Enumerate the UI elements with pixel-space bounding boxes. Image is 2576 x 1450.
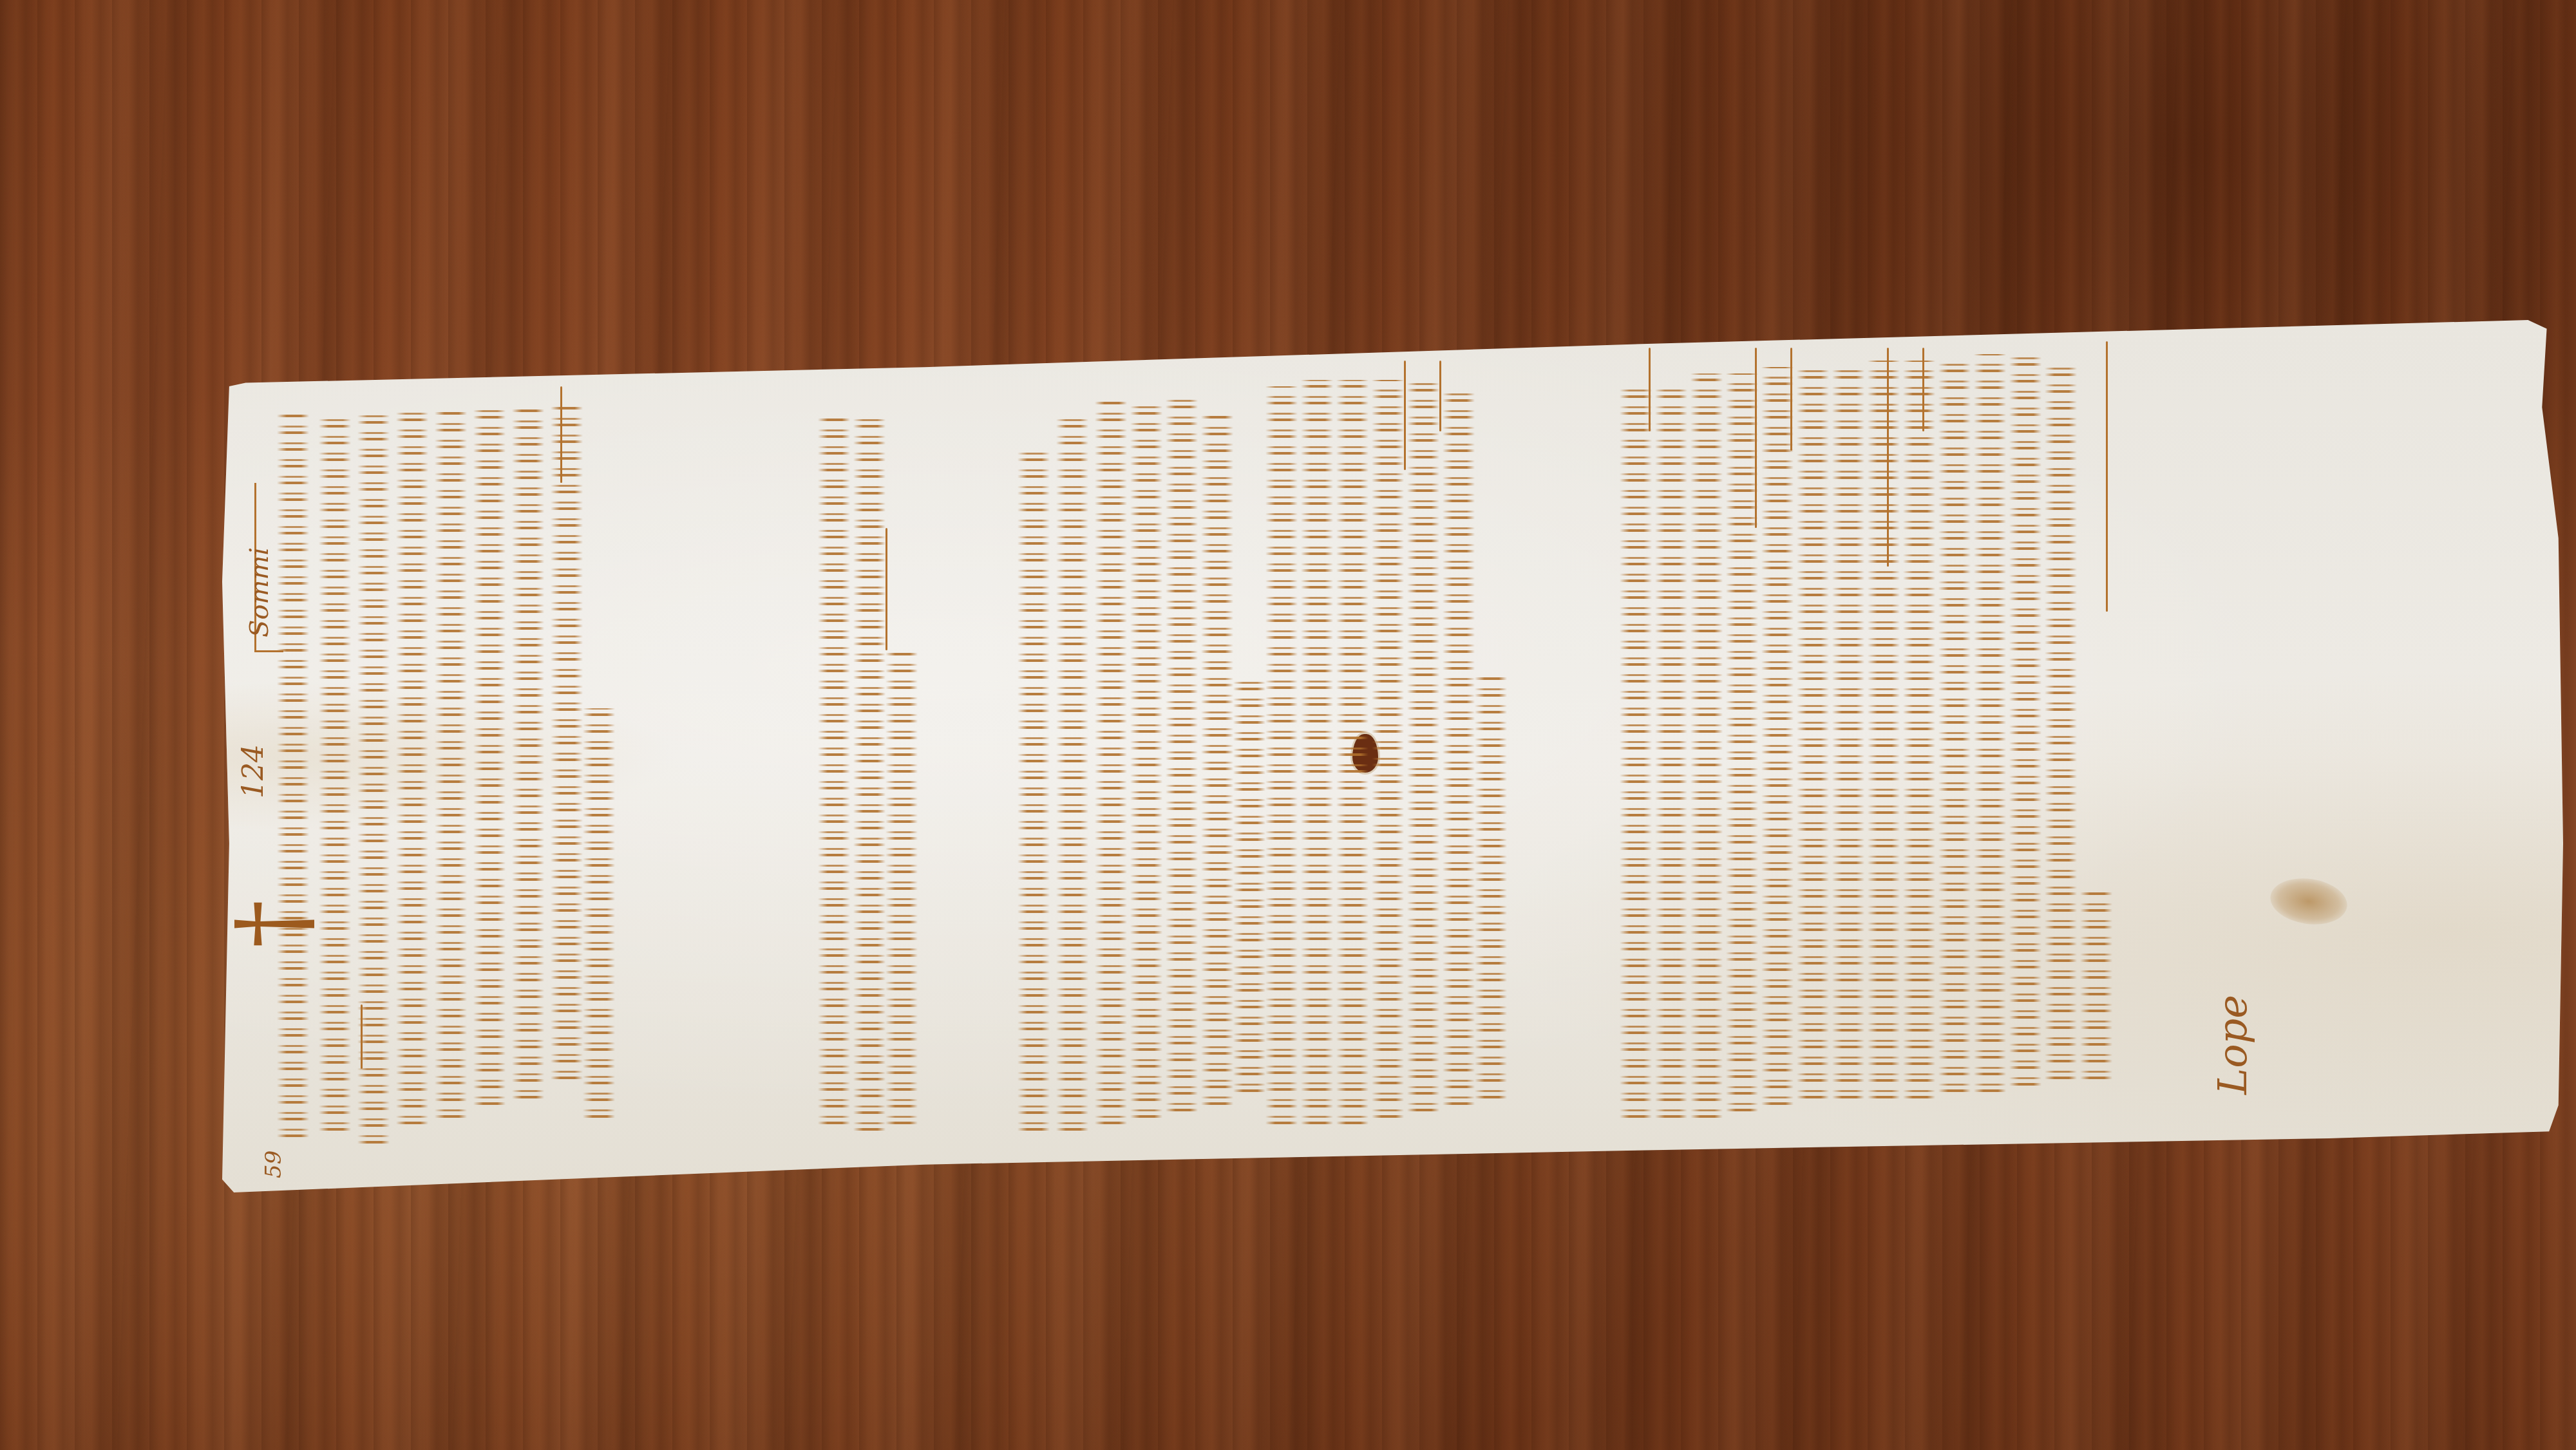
heading-label: Sommi xyxy=(245,547,274,637)
folio-number: 124 xyxy=(237,744,270,798)
signature: Lope xyxy=(2209,995,2256,1095)
margin-note: 59 xyxy=(261,1151,287,1178)
manuscript-leaf: Sommi 124 59 † xyxy=(0,0,2576,1450)
